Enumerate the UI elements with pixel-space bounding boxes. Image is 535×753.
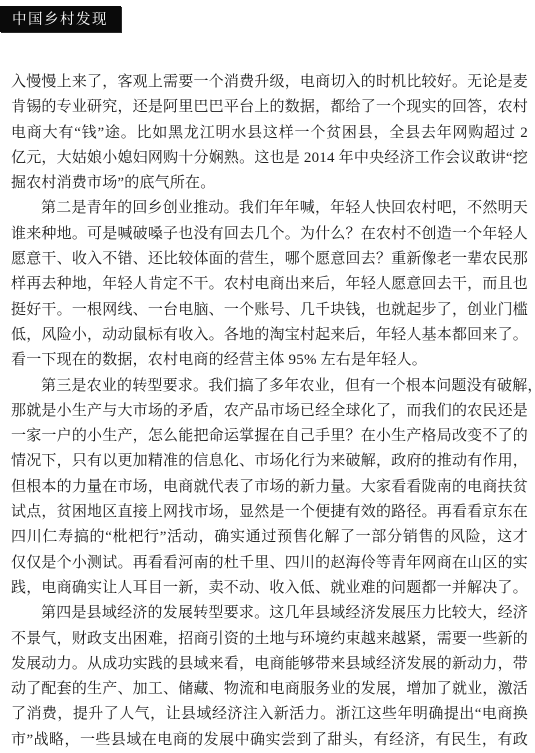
text-line: 四川仁寿搞的“枇杷行”活动，确实通过预售化解了一部分销售的风险，这才 — [11, 525, 528, 550]
text-line: 践，电商确实让人耳目一新，卖不动、收入低、就业难的问题都一并解决了。 — [11, 576, 528, 601]
document-page: 中国乡村发现 入慢慢上来了，客观上需要一个消费升级，电商切入的时机比较好。无论是… — [0, 0, 535, 753]
paragraph: 第四是县域经济的发展转型要求。这几年县域经济发展压力比较大，经济不景气，财政支出… — [11, 601, 528, 753]
text-line: 电商大有“钱”途。比如黑龙江明水县这样一个贫困县，全县去年网购超过 2 — [11, 121, 528, 146]
text-line: 第二是青年的回乡创业推动。我们年年喊，年轻人快回农村吧，不然明天 — [11, 196, 528, 221]
text-line: 了消费，提升了人气，让县域经济注入新活力。浙江这些年明确提出“电商换 — [11, 702, 528, 727]
document-body: 入慢慢上来了，客观上需要一个消费升级，电商切入的时机比较好。无论是麦肯锡的专业研… — [11, 70, 528, 753]
text-line: 发展动力。从成功实践的县域来看，电商能够带来县域经济发展的新动力，带 — [11, 652, 528, 677]
text-line: 肯锡的专业研究，还是阿里巴巴平台上的数据，都给了一个现实的回答，农村 — [11, 95, 528, 120]
text-line: 亿元，大姑娘小媳妇网购十分娴熟。这也是 2014 年中央经济工作会议敢讲“挖 — [11, 146, 528, 171]
text-line: 仅仅是个小测试。再看看河南的杜千里、四川的赵海伶等青年网商在山区的实 — [11, 551, 528, 576]
paragraph: 第二是青年的回乡创业推动。我们年年喊，年轻人快回农村吧，不然明天谁来种地。可是喊… — [11, 196, 528, 373]
text-line: 谁来种地。可是喊破嗓子也没有回去几个。为什么？在农村不创造一个年轻人 — [11, 222, 528, 247]
text-line: 试点，贫困地区直接上网找市场，显然是一个便捷有效的路径。再看看京东在 — [11, 500, 528, 525]
text-line: 愿意干、收入不错、还比较体面的营生，哪个愿意回去？重新像老一辈农民那 — [11, 247, 528, 272]
text-line: 一家一户的小生产，怎么能把命运掌握在自己手里？在小生产格局改变不了的 — [11, 424, 528, 449]
text-line: 情况下，只有以更加精准的信息化、市场化行为来破解，政府的推动有作用， — [11, 449, 528, 474]
text-line: 但根本的力量在市场，电商就代表了市场的新力量。大家看看陇南的电商扶贫 — [11, 475, 528, 500]
text-line: 挺好干。一根网线、一台电脑、一个账号、几千块钱，也就起步了，创业门槛 — [11, 298, 528, 323]
text-line: 市”战略，一些县域在电商的发展中确实尝到了甜头，有经济，有民生，有政 — [11, 728, 528, 753]
text-line: 动了配套的生产、加工、储藏、物流和电商服务业的发展，增加了就业，激活 — [11, 677, 528, 702]
text-line: 那就是小生产与大市场的矛盾，农产品市场已经全球化了，而我们的农民还是 — [11, 399, 528, 424]
paragraph: 入慢慢上来了，客观上需要一个消费升级，电商切入的时机比较好。无论是麦肯锡的专业研… — [11, 70, 528, 196]
text-line: 第四是县域经济的发展转型要求。这几年县域经济发展压力比较大，经济 — [11, 601, 528, 626]
text-line: 看一下现在的数据，农村电商的经营主体 95% 左右是年轻人。 — [11, 348, 528, 373]
badge-title: 中国乡村发现 — [12, 8, 108, 29]
paragraph: 第三是农业的转型要求。我们搞了多年农业，但有一个根本问题没有破解，那就是小生产与… — [11, 374, 528, 602]
text-line: 入慢慢上来了，客观上需要一个消费升级，电商切入的时机比较好。无论是麦 — [11, 70, 528, 95]
text-line: 不景气，财政支出困难，招商引资的土地与环境约束越来越紧，需要一些新的 — [11, 627, 528, 652]
page-header-badge: 中国乡村发现 — [0, 6, 121, 32]
text-line: 样再去种地，年轻人肯定不干。农村电商出来后，年轻人愿意回去干，而且也 — [11, 272, 528, 297]
text-line: 第三是农业的转型要求。我们搞了多年农业，但有一个根本问题没有破解， — [11, 374, 528, 399]
text-line: 低，风险小，动动鼠标有收入。各地的淘宝村起来后，年轻人基本都回来了。 — [11, 323, 528, 348]
text-line: 掘农村消费市场”的底气所在。 — [11, 171, 528, 196]
